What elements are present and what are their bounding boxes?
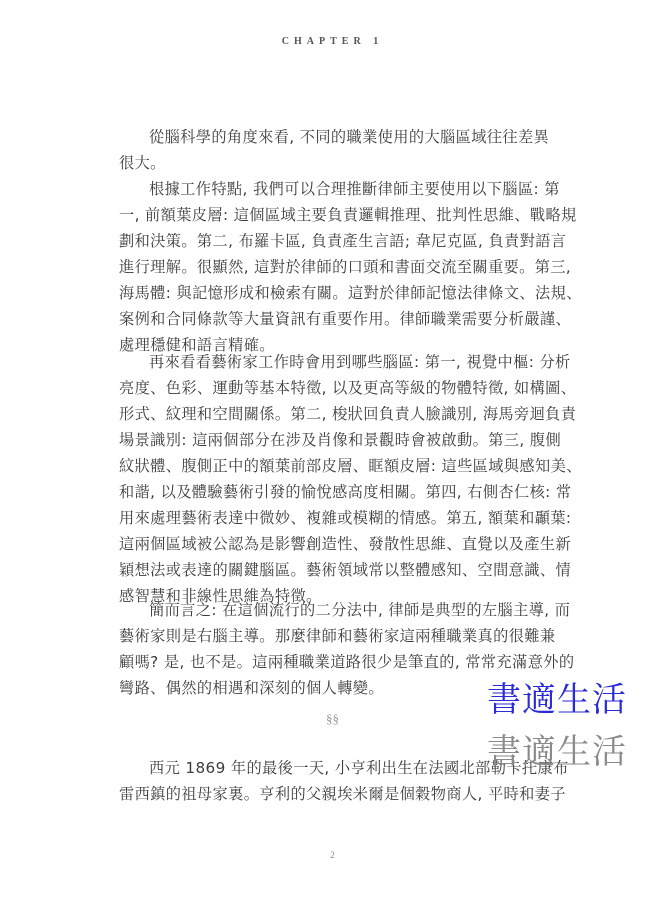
text-line: 一, 前額葉皮層: 這個區域主要負責邏輯推理、批判性思維、戰略規: [119, 202, 501, 228]
paragraph-3: 再來看看藝術家工作時會用到哪些腦區: 第一, 視覺中樞: 分析 亮度、色彩、運動…: [119, 349, 501, 609]
text-line: 和諧, 以及體驗藝術引發的愉悅感高度相關。第四, 右側杏仁核: 常: [119, 479, 501, 505]
running-head: CHAPTER 1: [0, 36, 665, 47]
text-line: 亮度、色彩、運動等基本特徵, 以及更高等級的物體特徵, 如構圖、: [119, 375, 501, 401]
paragraph-2: 根據工作特點, 我們可以合理推斷律師主要使用以下腦區: 第 一, 前額葉皮層: …: [119, 176, 501, 358]
paragraph-5: 西元 1869 年的最後一天, 小亨利出生在法國北部勒卡托康布 雷西鎮的祖母家裏…: [119, 755, 501, 807]
watermark-gray: 書適生活: [487, 724, 627, 773]
text-line: 根據工作特點, 我們可以合理推斷律師主要使用以下腦區: 第: [119, 176, 501, 202]
text-line: 場景識別: 這兩個部分在涉及肖像和景觀時會被啟動。第三, 腹側: [119, 427, 501, 453]
text-line: 劃和決策。第二, 布羅卡區, 負責產生言語; 韋尼克區, 負責對語言: [119, 228, 501, 254]
page-number: 2: [0, 850, 665, 860]
text-line: 簡而言之: 在這個流行的二分法中, 律師是典型的左腦主導, 而: [119, 597, 501, 623]
text-line: 案例和合同條款等大量資訊有重要作用。律師職業需要分析嚴謹、: [119, 306, 501, 332]
text-line: 藝術家則是右腦主導。那麼律師和藝術家這兩種職業真的很難兼: [119, 623, 501, 649]
text-line: 從腦科學的角度來看, 不同的職業使用的大腦區域往往差異: [119, 124, 501, 150]
text-line: 顧嗎? 是, 也不是。這兩種職業道路很少是筆直的, 常常充滿意外的: [119, 649, 501, 675]
text-line: 形式、紋理和空間關係。第二, 梭狀回負責人臉識別, 海馬旁迴負責: [119, 401, 501, 427]
text-line: 彎路、偶然的相遇和深刻的個人轉變。: [119, 675, 501, 701]
text-line: 再來看看藝術家工作時會用到哪些腦區: 第一, 視覺中樞: 分析: [119, 349, 501, 375]
watermark-blue: 書適生活: [487, 672, 627, 721]
text-line: 很大。: [119, 150, 501, 176]
text-line: 穎想法或表達的關鍵腦區。藝術領域常以整體感知、空間意識、情: [119, 557, 501, 583]
text-line: 用來處理藝術表達中微妙、複雜或模糊的情感。第五, 額葉和顳葉:: [119, 505, 501, 531]
text-line: 紋狀體、腹側正中的額葉前部皮層、眶額皮層: 這些區域與感知美、: [119, 453, 501, 479]
text-line: 進行理解。很顯然, 這對於律師的口頭和書面交流至關重要。第三,: [119, 254, 501, 280]
text-line: 雷西鎮的祖母家裏。亨利的父親埃米爾是個穀物商人, 平時和妻子: [119, 781, 501, 807]
text-line: 西元 1869 年的最後一天, 小亨利出生在法國北部勒卡托康布: [119, 755, 501, 781]
paragraph-4: 簡而言之: 在這個流行的二分法中, 律師是典型的左腦主導, 而 藝術家則是右腦主…: [119, 597, 501, 701]
text-line: 海馬體: 與記憶形成和檢索有關。這對於律師記憶法律條文、法規、: [119, 280, 501, 306]
paragraph-1: 從腦科學的角度來看, 不同的職業使用的大腦區域往往差異 很大。: [119, 124, 501, 176]
text-line: 這兩個區域被公認為是影響創造性、發散性思維、直覺以及產生新: [119, 531, 501, 557]
